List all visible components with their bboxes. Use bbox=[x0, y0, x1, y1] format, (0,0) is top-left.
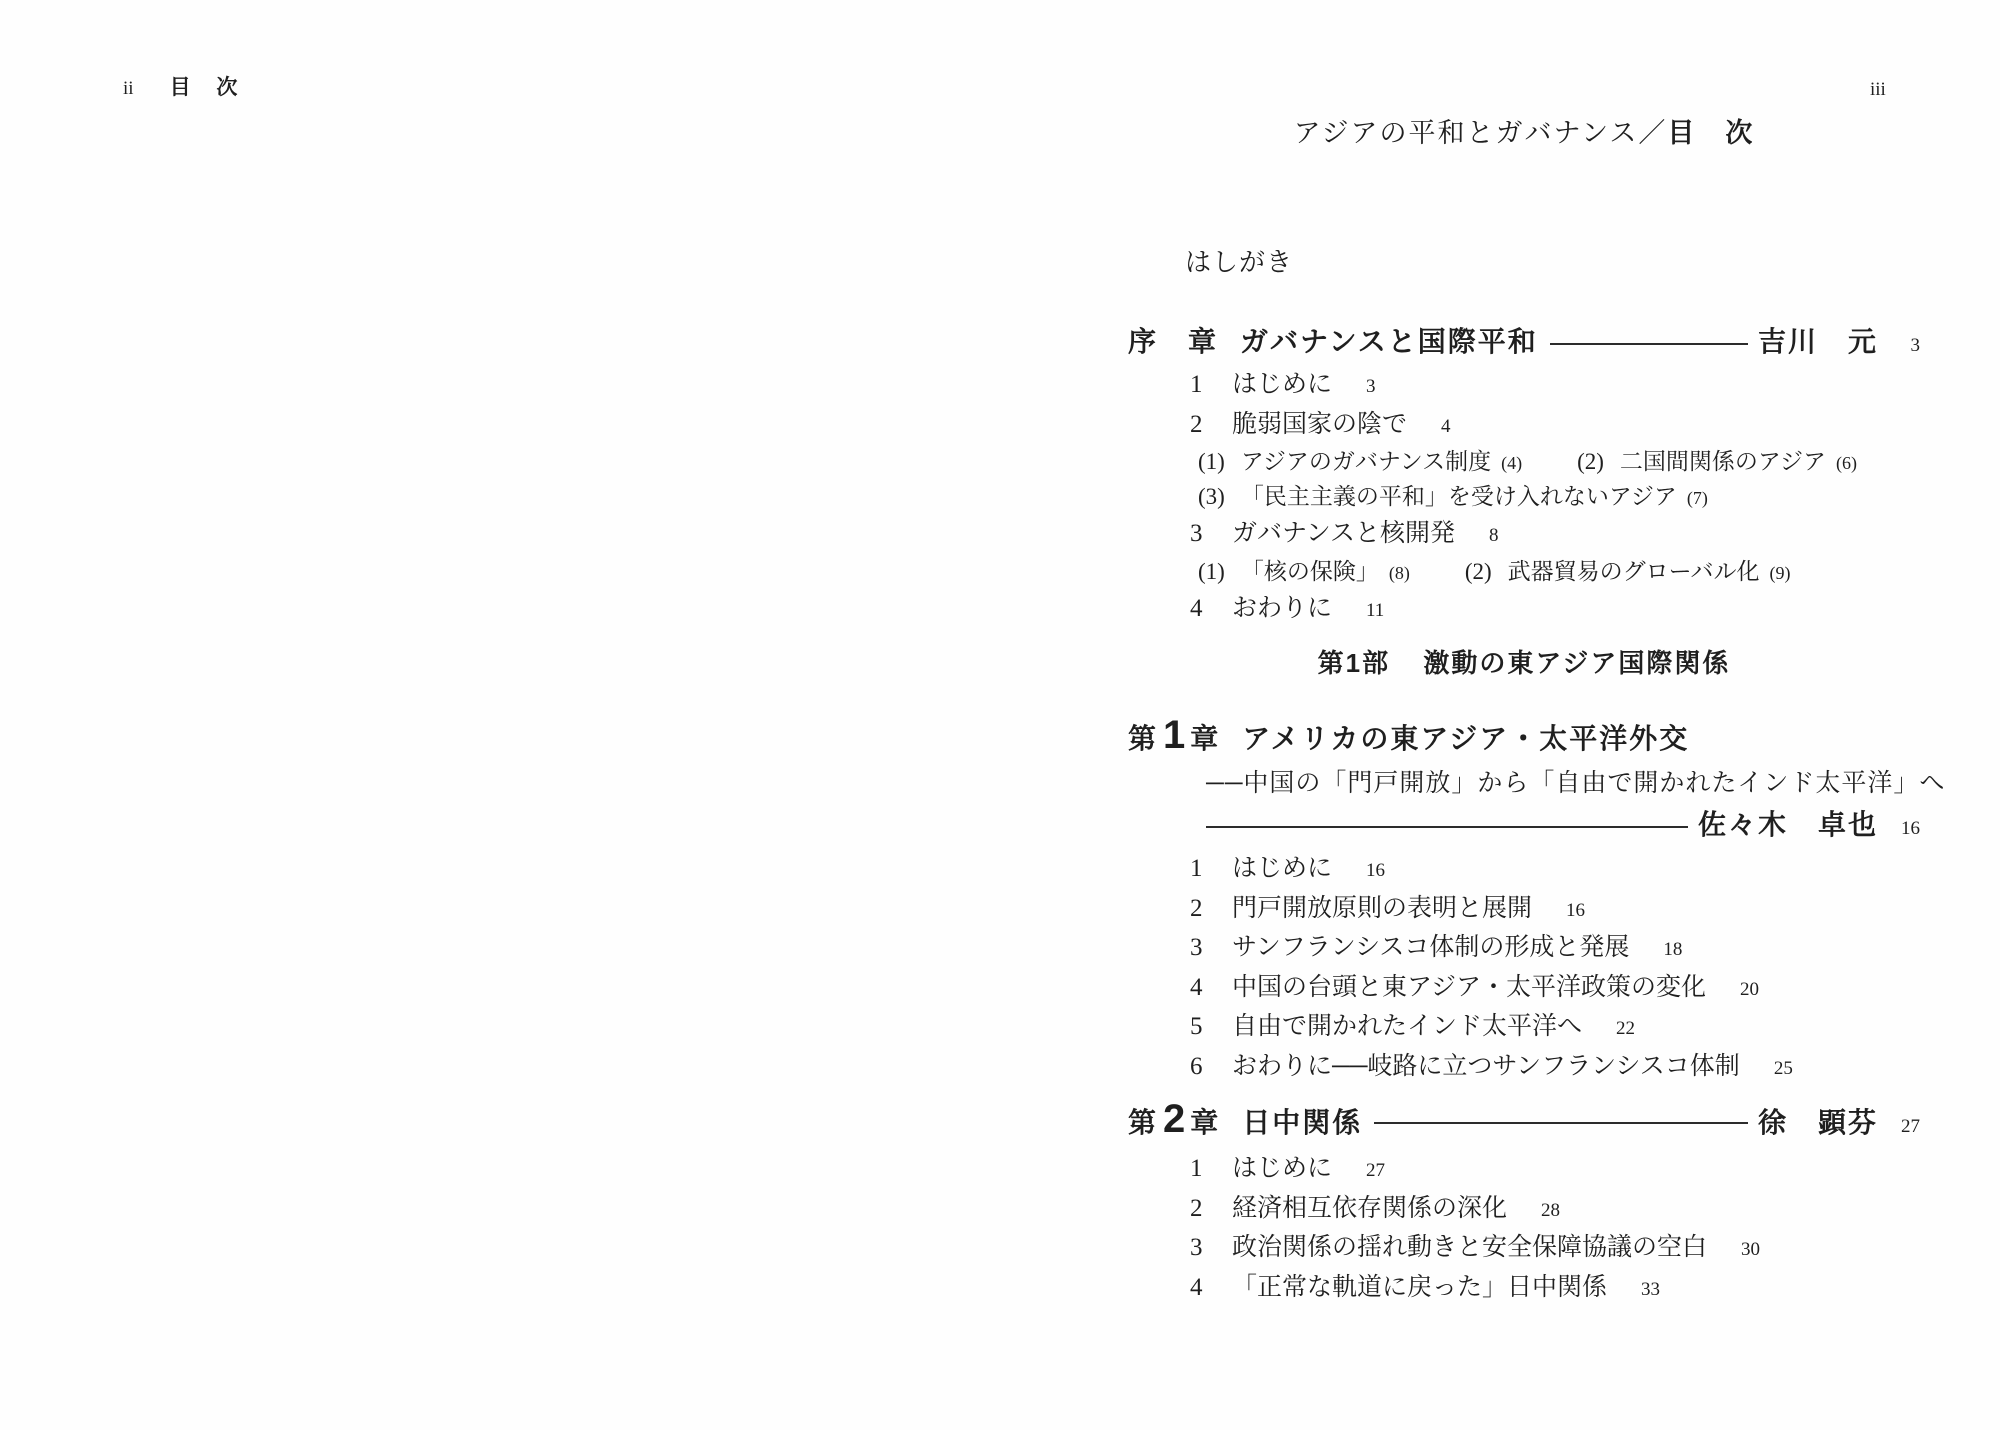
toc-item: 3 ガバナンスと核開発 8 bbox=[1128, 515, 1920, 555]
subitem-title: 「核の保険」 bbox=[1241, 555, 1379, 588]
chapter-label-suffix: 章 bbox=[1190, 716, 1220, 762]
item-number: 3 bbox=[1190, 929, 1232, 967]
chapter-title: ガバナンスと国際平和 bbox=[1240, 322, 1538, 362]
intro-chapter-heading: 序 章 ガバナンスと国際平和 吉川 元 3 bbox=[1128, 322, 1920, 366]
item-title: 「正常な軌道に戻った」日中関係 bbox=[1232, 1269, 1607, 1307]
preface-entry: はしがき bbox=[1185, 248, 1293, 278]
chapter-author: 徐 顕芬 bbox=[1758, 1100, 1878, 1146]
item-title: はじめに bbox=[1232, 850, 1332, 888]
toc-item: 5 自由で開かれたインド太平洋へ 22 bbox=[1128, 1008, 1920, 1048]
toc-item: 2 門戸開放原則の表明と展開 16 bbox=[1128, 890, 1920, 930]
leader-line bbox=[1550, 343, 1748, 345]
toc-item: 3 政治関係の揺れ動きと安全保障協議の空白 30 bbox=[1128, 1229, 1920, 1269]
chapter1-heading: 第 1 章 アメリカの東アジア・太平洋外交 bbox=[1128, 712, 1920, 762]
chapter-label-prefix: 第 bbox=[1128, 716, 1158, 762]
item-number: 2 bbox=[1190, 1190, 1232, 1228]
chapter-label-prefix: 第 bbox=[1128, 1100, 1158, 1146]
item-page-number: 16 bbox=[1566, 892, 1585, 930]
item-page-number: 33 bbox=[1641, 1271, 1660, 1309]
subitem-page-number: (6) bbox=[1836, 447, 1857, 480]
item-number: 3 bbox=[1190, 1229, 1232, 1267]
chapter-page-number: 27 bbox=[1890, 1104, 1920, 1150]
item-title: 政治関係の揺れ動きと安全保障協議の空白 bbox=[1232, 1229, 1707, 1267]
item-page-number: 16 bbox=[1366, 852, 1385, 890]
item-number: 4 bbox=[1190, 969, 1232, 1007]
toc-subitem-line: (1) アジアのガバナンス制度 (4) (2) 二国間関係のアジア (6) bbox=[1128, 445, 1920, 480]
item-title: 門戸開放原則の表明と展開 bbox=[1232, 890, 1532, 928]
intro-item-list: 1 はじめに 3 2 脆弱国家の陰で 4 (1) アジアのガバナンス制度 (4)… bbox=[1128, 366, 1920, 629]
item-title: 脆弱国家の陰で bbox=[1232, 406, 1407, 444]
item-page-number: 22 bbox=[1616, 1010, 1635, 1048]
toc-item: 4 中国の台頭と東アジア・太平洋政策の変化 20 bbox=[1128, 969, 1920, 1009]
chapter-page-number: 16 bbox=[1890, 808, 1920, 850]
item-number: 1 bbox=[1190, 1150, 1232, 1188]
toc-item: 2 脆弱国家の陰で 4 bbox=[1128, 406, 1920, 446]
subitem-page-number: (7) bbox=[1687, 482, 1708, 515]
part-heading: 第1部 激動の東アジア国際関係 bbox=[1128, 646, 1920, 680]
item-title: 自由で開かれたインド太平洋へ bbox=[1232, 1008, 1582, 1046]
item-page-number: 27 bbox=[1366, 1152, 1385, 1190]
subitem-title: アジアのガバナンス制度 bbox=[1241, 445, 1491, 478]
toc-title-main: アジアの平和とガバナンス／ bbox=[1294, 118, 1668, 148]
subitem-number: (3) bbox=[1198, 480, 1225, 513]
toc-subitem-line: (3) 「民主主義の平和」を受け入れないアジア (7) bbox=[1128, 480, 1920, 515]
chapter-author-line: 佐々木 卓也 16 bbox=[1128, 804, 1920, 850]
item-number: 2 bbox=[1190, 890, 1232, 928]
item-page-number: 18 bbox=[1663, 931, 1682, 969]
chapter-author: 佐々木 卓也 bbox=[1698, 804, 1878, 846]
chapter-number: 1 bbox=[1163, 712, 1185, 758]
toc-item: 1 はじめに 16 bbox=[1128, 850, 1920, 890]
toc-subitem-line: (1) 「核の保険」 (8) (2) 武器貿易のグローバル化 (9) bbox=[1128, 555, 1920, 590]
item-title: ガバナンスと核開発 bbox=[1232, 515, 1455, 553]
chapter-author: 吉川 元 bbox=[1758, 322, 1878, 362]
part-title: 激動の東アジア国際関係 bbox=[1423, 648, 1730, 678]
subitem-number: (1) bbox=[1198, 555, 1225, 588]
subitem-page-number: (8) bbox=[1389, 557, 1410, 590]
toc-title: アジアの平和とガバナンス／目 次 bbox=[1128, 116, 1920, 150]
item-number: 4 bbox=[1190, 590, 1232, 628]
item-page-number: 11 bbox=[1366, 592, 1384, 630]
left-page-header: ii 目 次 bbox=[123, 75, 247, 102]
chapter2-item-list: 1 はじめに 27 2 経済相互依存関係の深化 28 3 政治関係の揺れ動きと安… bbox=[1128, 1150, 1920, 1308]
item-title: サンフランシスコ体制の形成と発展 bbox=[1232, 929, 1629, 967]
toc-item: 6 おわりに──岐路に立つサンフランシスコ体制 25 bbox=[1128, 1048, 1920, 1088]
chapter1-item-list: 1 はじめに 16 2 門戸開放原則の表明と展開 16 3 サンフランシスコ体制… bbox=[1128, 850, 1920, 1088]
item-page-number: 25 bbox=[1774, 1050, 1793, 1088]
toc-item: 2 経済相互依存関係の深化 28 bbox=[1128, 1190, 1920, 1230]
subitem-title: 二国間関係のアジア bbox=[1620, 445, 1826, 478]
item-title: おわりに──岐路に立つサンフランシスコ体制 bbox=[1232, 1048, 1740, 1086]
item-page-number: 30 bbox=[1741, 1231, 1760, 1269]
item-page-number: 28 bbox=[1541, 1192, 1560, 1230]
right-folio: iii bbox=[1870, 78, 1886, 102]
item-page-number: 8 bbox=[1489, 517, 1499, 555]
subitem-page-number: (9) bbox=[1770, 557, 1791, 590]
toc-subitem: (1) アジアのガバナンス制度 (4) bbox=[1198, 445, 1522, 480]
subitem-title: 「民主主義の平和」を受け入れないアジア bbox=[1241, 480, 1677, 513]
left-folio: ii bbox=[123, 76, 134, 102]
item-number: 3 bbox=[1190, 515, 1232, 553]
intro-chapter-block: 序 章 ガバナンスと国際平和 吉川 元 3 1 はじめに 3 2 脆弱国家の陰で… bbox=[1128, 322, 1920, 629]
chapter-label: 序 章 bbox=[1128, 322, 1218, 362]
item-number: 2 bbox=[1190, 406, 1232, 444]
item-number: 6 bbox=[1190, 1048, 1232, 1086]
item-title: 中国の台頭と東アジア・太平洋政策の変化 bbox=[1232, 969, 1706, 1007]
item-title: おわりに bbox=[1232, 590, 1332, 628]
item-page-number: 4 bbox=[1441, 408, 1451, 446]
toc-item: 4 おわりに 11 bbox=[1128, 590, 1920, 630]
toc-item: 1 はじめに 3 bbox=[1128, 366, 1920, 406]
toc-title-suffix: 目 次 bbox=[1667, 118, 1754, 148]
subitem-number: (2) bbox=[1465, 555, 1492, 588]
toc-subitem: (3) 「民主主義の平和」を受け入れないアジア (7) bbox=[1198, 480, 1708, 515]
item-number: 1 bbox=[1190, 366, 1232, 404]
chapter-title: 日中関係 bbox=[1242, 1100, 1362, 1146]
item-page-number: 20 bbox=[1740, 971, 1759, 1009]
part-label: 第1部 bbox=[1318, 648, 1390, 678]
item-title: 経済相互依存関係の深化 bbox=[1232, 1190, 1507, 1228]
running-title: 目 次 bbox=[170, 75, 248, 101]
leader-line bbox=[1374, 1122, 1748, 1124]
book-spread: ii 目 次 iii アジアの平和とガバナンス／目 次 はしがき 序 章 ガバナ… bbox=[0, 0, 2000, 1430]
subitem-title: 武器貿易のグローバル化 bbox=[1508, 555, 1760, 588]
chapter-label-suffix: 章 bbox=[1190, 1100, 1220, 1146]
leader-line bbox=[1206, 826, 1688, 828]
chapter-number: 2 bbox=[1163, 1096, 1185, 1142]
chapter-page-number: 3 bbox=[1890, 326, 1920, 366]
subitem-number: (1) bbox=[1198, 445, 1225, 478]
toc-subitem: (1) 「核の保険」 (8) bbox=[1198, 555, 1410, 590]
toc-item: 3 サンフランシスコ体制の形成と発展 18 bbox=[1128, 929, 1920, 969]
chapter2-heading: 第 2 章 日中関係 徐 顕芬 27 bbox=[1128, 1096, 1920, 1150]
item-title: はじめに bbox=[1232, 366, 1332, 404]
toc-item: 1 はじめに 27 bbox=[1128, 1150, 1920, 1190]
chapter-subtitle: ──中国の「門戸開放」から「自由で開かれたインド太平洋」へ bbox=[1128, 762, 1920, 804]
item-number: 4 bbox=[1190, 1269, 1232, 1307]
item-number: 5 bbox=[1190, 1008, 1232, 1046]
toc-subitem: (2) 武器貿易のグローバル化 (9) bbox=[1465, 555, 1791, 590]
subitem-number: (2) bbox=[1577, 445, 1604, 478]
chapter2-block: 第 2 章 日中関係 徐 顕芬 27 1 はじめに 27 2 経済相互依存関係の… bbox=[1128, 1096, 1920, 1308]
subitem-page-number: (4) bbox=[1501, 447, 1522, 480]
chapter1-block: 第 1 章 アメリカの東アジア・太平洋外交 ──中国の「門戸開放」から「自由で開… bbox=[1128, 712, 1920, 1088]
toc-item: 4 「正常な軌道に戻った」日中関係 33 bbox=[1128, 1269, 1920, 1309]
toc-subitem: (2) 二国間関係のアジア (6) bbox=[1577, 445, 1857, 480]
item-number: 1 bbox=[1190, 850, 1232, 888]
item-title: はじめに bbox=[1232, 1150, 1332, 1188]
chapter-title: アメリカの東アジア・太平洋外交 bbox=[1242, 716, 1689, 762]
item-page-number: 3 bbox=[1366, 368, 1376, 406]
